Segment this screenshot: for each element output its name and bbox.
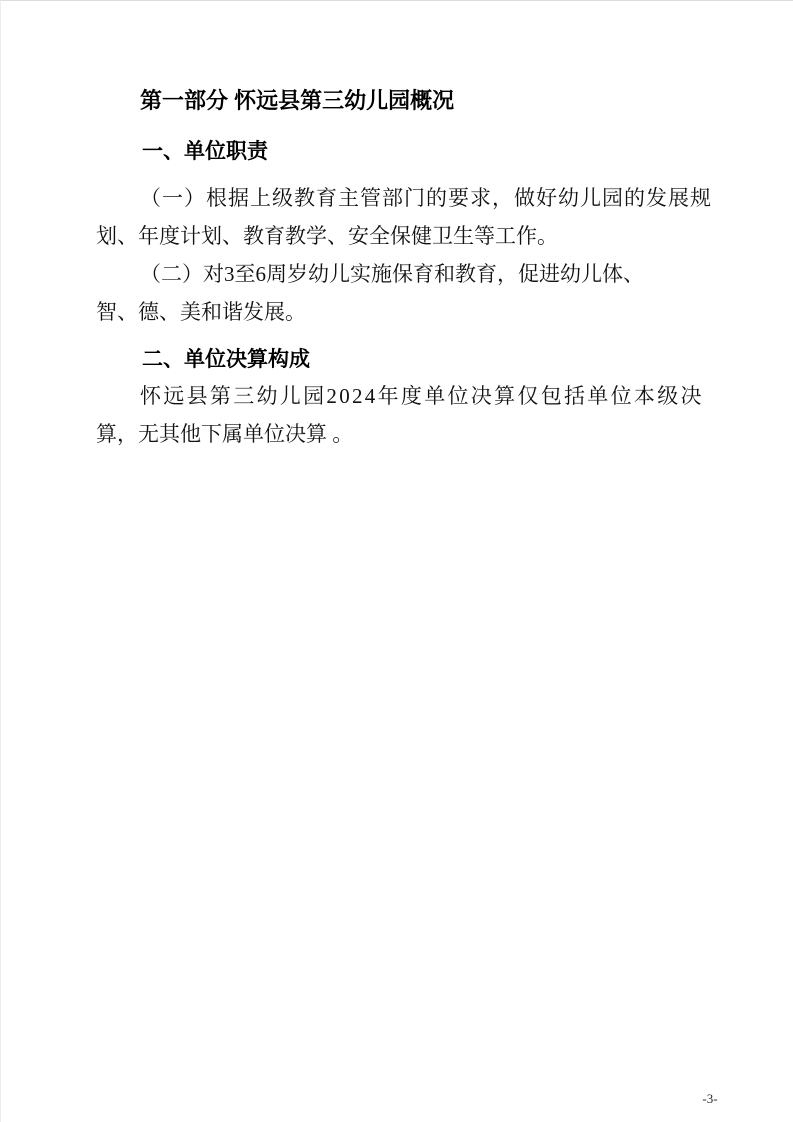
paragraph-duties-1: （一）根据上级教育主管部门的要求，做好幼儿园的发展规 划、年度计划、教育教学、安… [96,179,698,255]
paragraph-line: 划、年度计划、教育教学、安全保健卫生等工作。 [96,217,698,255]
section-heading-unit-duties: 一、单位职责 [96,137,698,167]
part-title: 第一部分 怀远县第三幼儿园概况 [96,86,698,116]
paragraph-line: 智、德、美和谐发展。 [96,293,698,331]
paragraph-final-accounts: 怀远县第三幼儿园2024年度单位决算仅包括单位本级决 算，无其他下属单位决算 。 [96,377,698,453]
section-heading-final-accounts-composition: 二、单位决算构成 [96,345,698,375]
document-page: 第一部分 怀远县第三幼儿园概况 一、单位职责 （一）根据上级教育主管部门的要求，… [0,0,793,1122]
paragraph-line: （一）根据上级教育主管部门的要求，做好幼儿园的发展规 [96,179,698,217]
paragraph-line: 算，无其他下属单位决算 。 [96,415,698,453]
paragraph-line: 怀远县第三幼儿园2024年度单位决算仅包括单位本级决 [96,377,698,415]
page-number: -3- [689,1091,731,1107]
paragraph-line: （二）对3至6周岁幼儿实施保育和教育，促进幼儿体、 [96,255,698,293]
paragraph-duties-2: （二）对3至6周岁幼儿实施保育和教育，促进幼儿体、 智、德、美和谐发展。 [96,255,698,331]
